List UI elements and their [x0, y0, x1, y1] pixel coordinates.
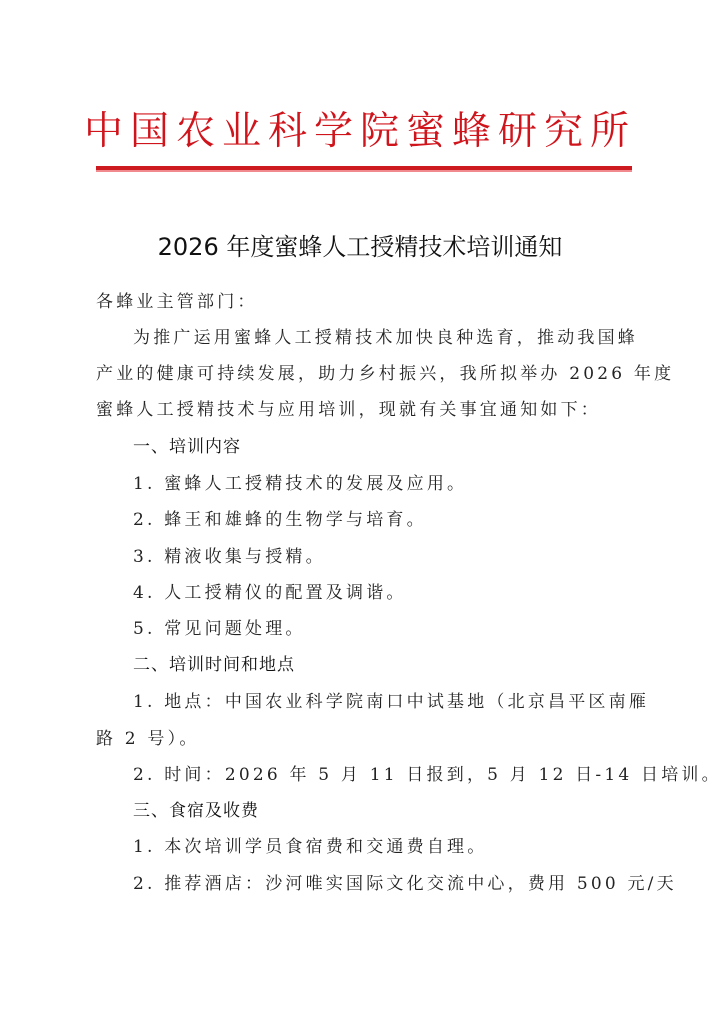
intro-line: 产业的健康可持续发展，助力乡村振兴，我所拟举办 2026 年度 [96, 362, 674, 386]
list-item: 1. 地点：中国农业科学院南口中试基地（北京昌平区南雁 [133, 690, 649, 714]
list-item-continuation: 路 2 号）。 [96, 727, 200, 751]
salutation: 各蜂业主管部门： [96, 290, 258, 314]
list-item: 5. 常见问题处理。 [133, 617, 306, 641]
list-item: 3. 精液收集与授精。 [133, 545, 326, 569]
intro-line: 为推广运用蜜蜂人工授精技术加快良种选育，推动我国蜂 [133, 326, 638, 350]
section-heading: 二、培训时间和地点 [133, 653, 295, 677]
list-item: 1. 本次培训学员食宿费和交通费自理。 [133, 835, 487, 859]
section-heading: 三、食宿及收费 [133, 799, 259, 823]
section-heading: 一、培训内容 [133, 435, 241, 459]
letterhead-rule-thin [96, 170, 632, 172]
intro-line: 蜜蜂人工授精技术与应用培训，现就有关事宜通知如下： [96, 398, 601, 422]
list-item: 2. 推荐酒店：沙河唯实国际文化交流中心，费用 500 元/天 [133, 872, 677, 896]
notice-title: 2026 年度蜜蜂人工授精技术培训通知 [0, 230, 720, 264]
list-item: 2. 蜂王和雄蜂的生物学与培育。 [133, 508, 427, 532]
organization-name: 中国农业科学院蜜蜂研究所 [0, 108, 720, 156]
list-item: 1. 蜜蜂人工授精技术的发展及应用。 [133, 472, 467, 496]
list-item: 4. 人工授精仪的配置及调谐。 [133, 581, 407, 605]
list-item: 2. 时间：2026 年 5 月 11 日报到，5 月 12 日-14 日培训。 [133, 763, 720, 787]
